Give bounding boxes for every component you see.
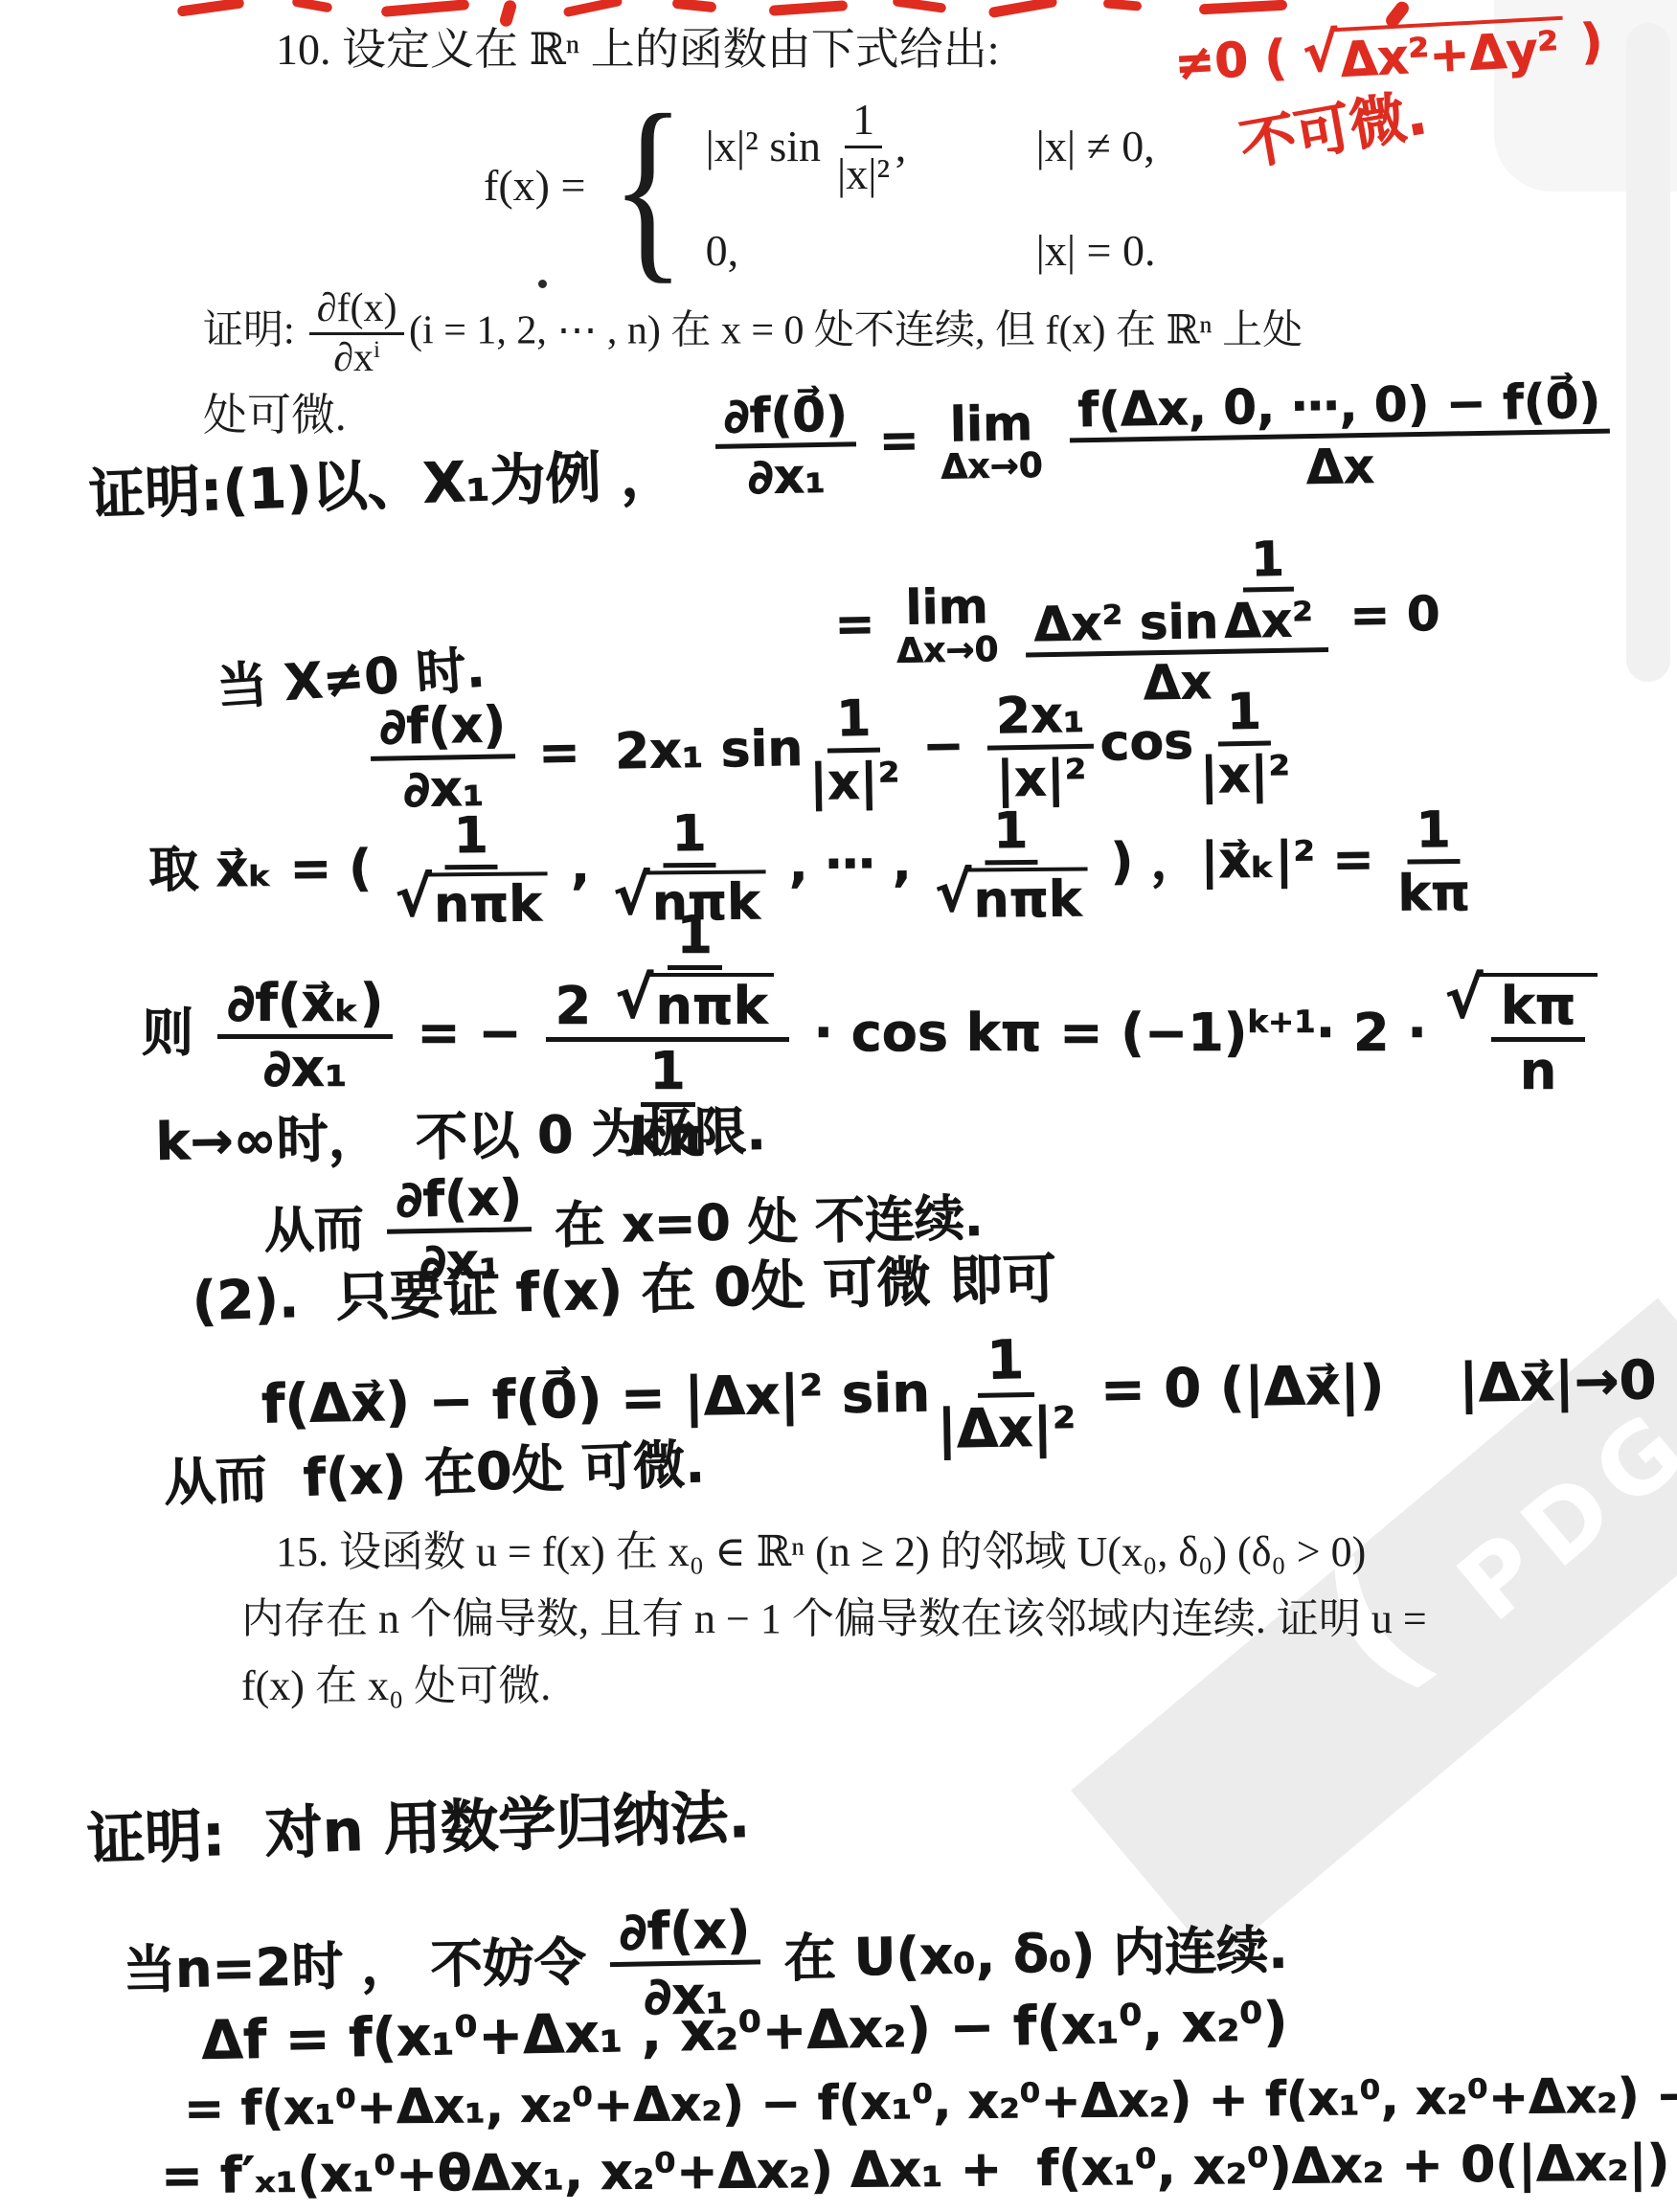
scanned-math-page: PDG ( 10. 设定义在 ℝⁿ 上的函数由下式给出: f(x) = { |x… — [0, 0, 1677, 2212]
red-scribble-top — [1199, 0, 1287, 14]
red-scribble-top — [893, 0, 947, 13]
case-row: |x|² sin 1|x|², |x| ≠ 0, — [706, 96, 1156, 197]
scan-edge-strip — [1626, 23, 1670, 682]
red-scribble-top — [769, 0, 849, 16]
case1-condition: |x| ≠ 0, — [1036, 122, 1155, 172]
red-scribble-top — [1103, 0, 1143, 11]
red-scribble-top — [672, 0, 717, 12]
solution10-partial-limit: ∂f(0⃗)∂x₁ = limΔx→0 f(Δx, 0, ⋯, 0) − f(0… — [709, 374, 1617, 503]
function-lead: f(x) = — [484, 161, 585, 212]
solution10-conclusion2: 从而 f(x) 在0处 可微. — [163, 1434, 706, 1513]
case1-value: |x|² sin 1|x|², — [706, 96, 1036, 197]
problem15-line1: 15. 设函数 u = f(x) 在 x₀ ∈ ℝⁿ (n ≥ 2) 的邻域 U… — [276, 1528, 1366, 1577]
red-scribble-top — [988, 0, 1058, 18]
red-scribble-top — [291, 0, 332, 13]
case2-value: 0, — [706, 226, 1036, 277]
red-scribble-top — [498, 0, 517, 28]
red-scribble-top — [563, 0, 623, 17]
solution15-split: = f(x₁⁰+Δx₁, x₂⁰+Δx₂) − f(x₁⁰, x₂⁰+Δx₂) … — [184, 2066, 1677, 2137]
red-margin-note-text: 不可微. — [1235, 82, 1432, 178]
problem10-claim-line2: 处可微. — [203, 391, 347, 441]
cases-brace: { — [611, 102, 685, 271]
case-row: 0, |x| = 0. — [706, 226, 1156, 277]
red-scribble-top — [177, 0, 245, 17]
problem10-function-definition: f(x) = { |x|² sin 1|x|², |x| ≠ 0, 0, |x|… — [484, 96, 1155, 277]
solution10-partial-formula: ∂f(x)∂x₁ = 2x₁ sin1|x|² − 2x₁|x|²cos1|x|… — [364, 685, 1297, 818]
solution15-mean-value: = f′ₓ₁(x₁⁰+θΔx₁, x₂⁰+Δx₂) Δx₁ + f(x₁⁰, x… — [161, 2135, 1670, 2206]
solution10-intro: 证明:(1)以、X₁为例 ， — [88, 443, 677, 528]
solution10-limit-note: k→∞时， 不以 0 为极限. — [155, 1102, 766, 1172]
problem10-title: 10. 设定义在 ℝⁿ 上的函数由下式给出: — [276, 25, 1000, 76]
red-scribble-top — [381, 0, 470, 17]
case2-condition: |x| = 0. — [1036, 226, 1156, 277]
problem15-line2: 内存在 n 个偏导数, 且有 n − 1 个偏导数在该邻域内连续. 证明 u = — [241, 1595, 1427, 1644]
solution15-intro: 证明: 对n 用数学归纳法. — [86, 1785, 751, 1874]
problem10-claim: 证明: ∂f(x)∂xi(i = 1, 2, ⋯ , n) 在 x = 0 处不… — [203, 287, 1303, 380]
problem15-line3: f(x) 在 x₀ 处可微. — [241, 1662, 551, 1711]
